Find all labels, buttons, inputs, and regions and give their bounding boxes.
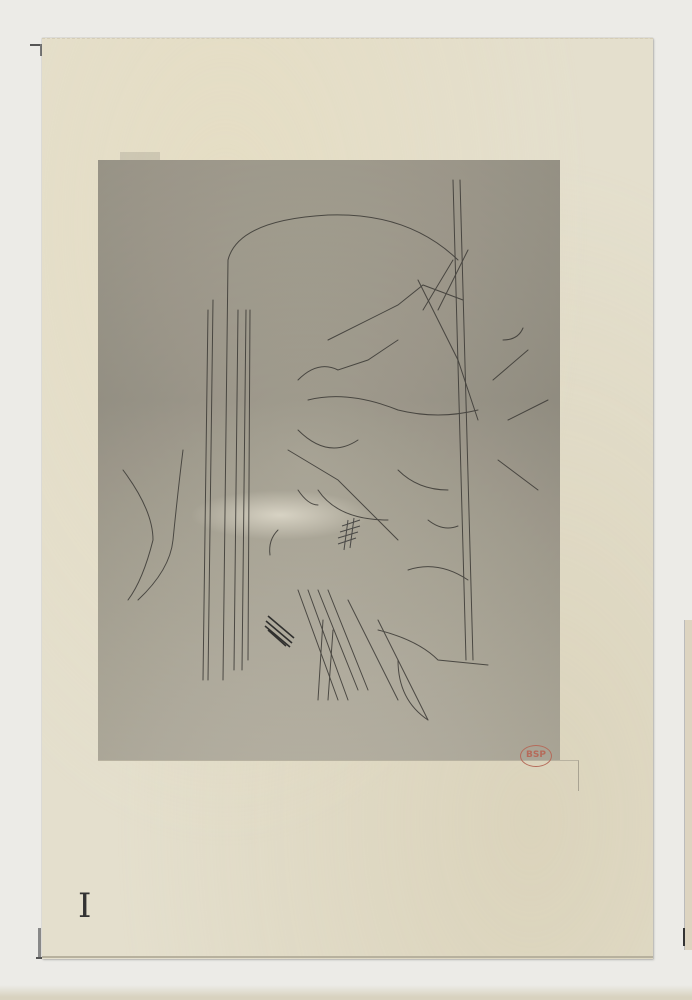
plate-mark [98,760,579,791]
mount-corner-mark [38,928,41,958]
collector-stamp: BSP [520,745,552,767]
adjacent-sheet-corner [683,928,685,946]
state-numeral-inscription: I [78,886,91,926]
adjacent-sheet-edge [684,620,692,950]
paper-edge [42,956,653,958]
drypoint-drawing [98,160,560,760]
adjacent-sheet-bottom [0,985,692,1000]
